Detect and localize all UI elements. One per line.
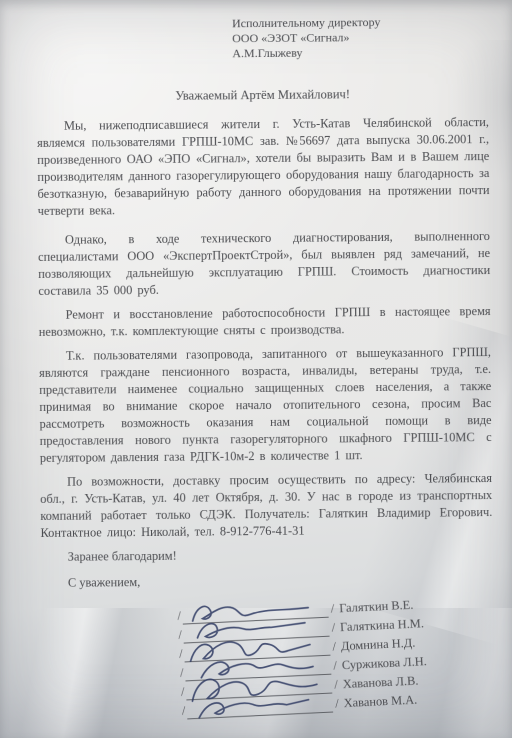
gratitude-line: Заранее благодарим!: [41, 545, 493, 566]
recipient-line: А.М.Глыжеву: [232, 44, 488, 61]
letter-page: Исполнительному директору ООО «ЭЗОТ «Сиг…: [36, 14, 494, 721]
signer-name: Хаванов М.А.: [338, 692, 417, 713]
signature-slash: /: [178, 627, 182, 644]
paragraph: Т.к. пользователями газопровода, запитан…: [39, 344, 492, 467]
recipient-block: Исполнительному директору ООО «ЭЗОТ «Сиг…: [232, 14, 488, 61]
signature-block: / / Галяткин В.Е. / / Галяткина Н.М.: [177, 591, 496, 720]
signature-slash: /: [182, 703, 186, 720]
signature-line: [187, 698, 334, 720]
closing-line: С уважением,: [41, 571, 493, 592]
signature-slash: /: [180, 665, 184, 682]
handwritten-signature-scribble: [191, 688, 324, 724]
signature-slash: /: [177, 608, 181, 625]
signature-slash: /: [179, 646, 183, 663]
paragraph: Однако, в ходе технического диагностиров…: [38, 228, 491, 300]
paragraph: Ремонт и восстановление работоспособност…: [39, 303, 491, 341]
signature-slash: /: [181, 684, 185, 701]
photo-of-letter: Исполнительному директору ООО «ЭЗОТ «Сиг…: [0, 0, 512, 738]
paragraph: Мы, нижеподписавшиеся жители г. Усть-Кат…: [37, 114, 490, 220]
salutation: Уважаемый Артём Михайлович!: [37, 85, 489, 106]
paragraph: По возможности, доставку просим осуществ…: [40, 470, 493, 542]
